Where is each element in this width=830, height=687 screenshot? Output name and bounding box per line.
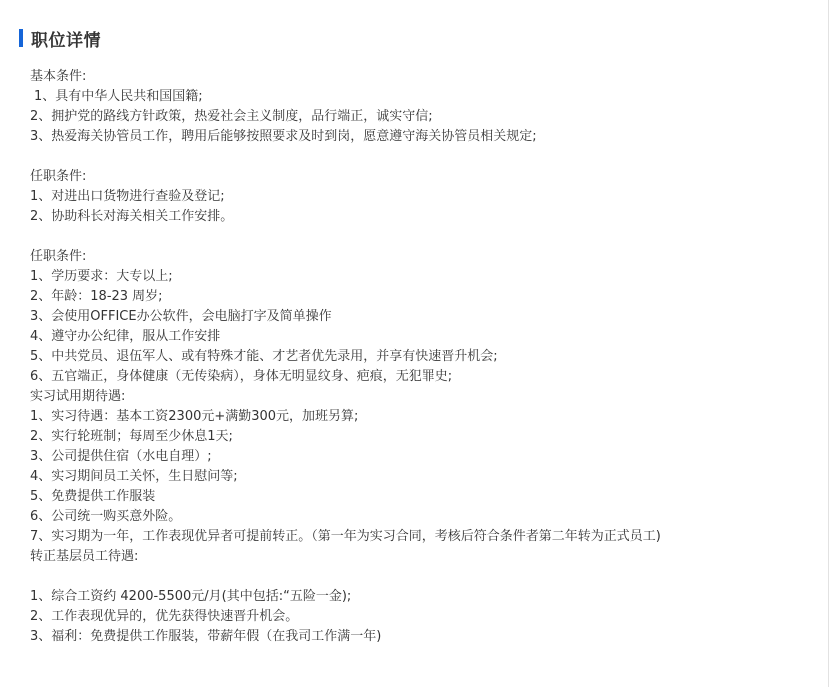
panel-right-border xyxy=(828,0,829,687)
job-description: 基本条件: 1、具有中华人民共和国国籍; 2、拥护党的路线方针政策，热爱社会主义… xyxy=(30,67,820,647)
internship-item: 5、免费提供工作服装 xyxy=(30,487,820,507)
duties-heading: 任职条件: xyxy=(30,167,820,187)
internship-item: 2、实行轮班制；每周至少休息1天; xyxy=(30,427,820,447)
duties-item: 1、对进出口货物进行查验及登记; xyxy=(30,187,820,207)
requirements-heading: 任职条件: xyxy=(30,247,820,267)
basic-conditions-heading: 基本条件: xyxy=(30,67,820,87)
spacer xyxy=(30,567,820,587)
internship-item: 4、实习期间员工关怀，生日慰问等; xyxy=(30,467,820,487)
internship-item: 3、公司提供住宿（水电自理）; xyxy=(30,447,820,467)
requirements-item: 1、学历要求：大专以上; xyxy=(30,267,820,287)
spacer xyxy=(30,147,820,167)
internship-item: 7、实习期为一年，工作表现优异者可提前转正。（第一年为实习合同，考核后符合条件者… xyxy=(30,527,820,547)
internship-item: 6、公司统一购买意外险。 xyxy=(30,507,820,527)
section-header: 职位详情 xyxy=(19,27,101,49)
requirements-item: 5、中共党员、退伍军人、或有特殊才能、才艺者优先录用，并享有快速晋升机会; xyxy=(30,347,820,367)
spacer xyxy=(30,227,820,247)
requirements-item: 6、五官端正，身体健康（无传染病），身体无明显纹身、疤痕，无犯罪史; xyxy=(30,367,820,387)
page-title: 职位详情 xyxy=(31,26,101,51)
header-accent-bar xyxy=(19,29,23,47)
internship-item: 1、实习待遇：基本工资2300元+满勤300元，加班另算; xyxy=(30,407,820,427)
requirements-item: 4、遵守办公纪律，服从工作安排 xyxy=(30,327,820,347)
regular-benefits-heading: 转正基层员工待遇: xyxy=(30,547,820,567)
requirements-item: 2、年龄：18-23 周岁; xyxy=(30,287,820,307)
regular-benefits-item: 2、工作表现优异的，优先获得快速晋升机会。 xyxy=(30,607,820,627)
basic-conditions-item: 3、热爱海关协管员工作，聘用后能够按照要求及时到岗，愿意遵守海关协管员相关规定; xyxy=(30,127,820,147)
regular-benefits-item: 3、福利：免费提供工作服装，带薪年假（在我司工作满一年) xyxy=(30,627,820,647)
basic-conditions-item: 2、拥护党的路线方针政策，热爱社会主义制度，品行端正，诚实守信; xyxy=(30,107,820,127)
duties-item: 2、协助科长对海关相关工作安排。 xyxy=(30,207,820,227)
internship-heading: 实习试用期待遇: xyxy=(30,387,820,407)
basic-conditions-item: 1、具有中华人民共和国国籍; xyxy=(30,87,820,107)
requirements-item: 3、会使用OFFICE办公软件，会电脑打字及简单操作 xyxy=(30,307,820,327)
regular-benefits-item: 1、综合工资约 4200-5500元/月(其中包括:“五险一金); xyxy=(30,587,820,607)
